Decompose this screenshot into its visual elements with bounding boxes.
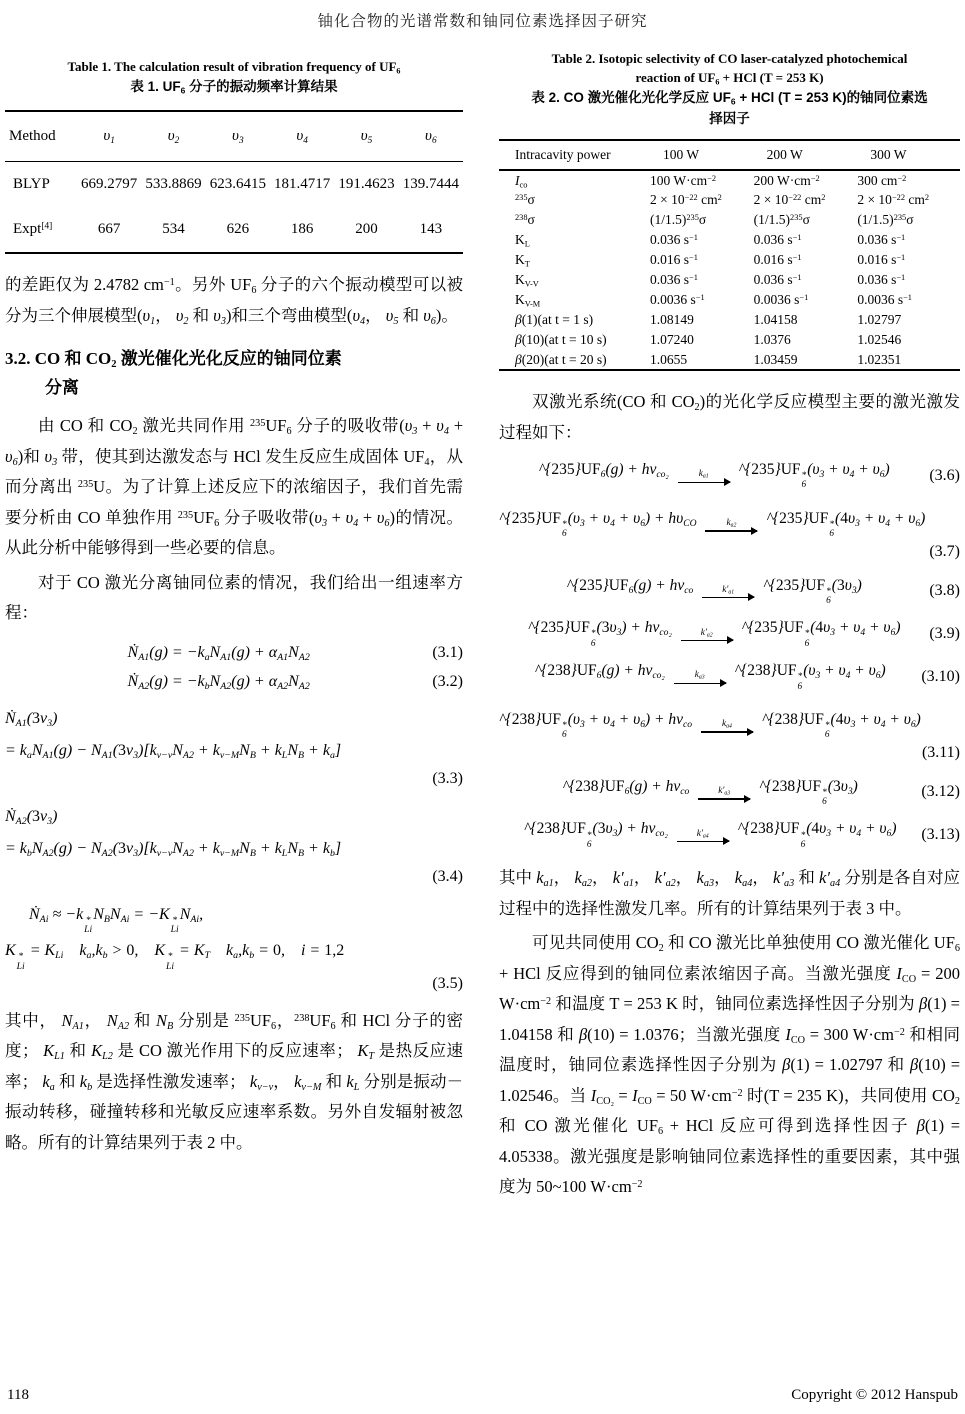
table-cell: 1.03459 — [753, 350, 857, 370]
table-cell: KV-V — [499, 270, 649, 290]
column-header: υ5 — [334, 111, 398, 161]
section-heading-line1: 3.2. CO 和 CO2 激光催化光化反应的铀同位素 — [5, 344, 463, 373]
equation-3-5: ṄAi ≈ −k*LiNBNAi = −K*LiNAi, K*Li = KLi … — [5, 899, 463, 996]
equation-3-8: ^{235}UF6(g) + hνco k′a1 ^{235}UF*6(3υ3)… — [499, 577, 960, 607]
equation-number: (3.7) — [499, 540, 960, 564]
table-cell: 0.0036 s−1 — [753, 290, 857, 310]
table2-caption-zh-line1: 表 2. CO 激光催化光化学反应 UF6 + HCl (T = 253 K)的… — [499, 87, 960, 108]
table-cell: 1.08149 — [649, 310, 753, 330]
table-row: KL0.036 s−10.036 s−10.036 s−1 — [499, 230, 960, 250]
table-row: β(20)(at t = 20 s)1.06551.034591.02351 — [499, 350, 960, 370]
equation-number: (3.13) — [921, 826, 960, 844]
table2-caption: Table 2. Isotopic selectivity of CO lase… — [499, 49, 960, 129]
equation-3-10: ^{238}UF6(g) + hνco₂ ka3 ^{238}UF*6(υ3 +… — [499, 662, 960, 692]
table-cell: 0.016 s−1 — [649, 250, 753, 270]
paragraph-rate-eq-intro: 对于 CO 激光分离铀同位素的情况，我们给出一组速率方程： — [5, 568, 463, 629]
paragraph-symbol-definitions: 其中， NA1， NA2 和 NB 分别是 235UF6，238UF6 和 HC… — [5, 1006, 463, 1159]
equation-formula-line: = kaNA1(g) − NA1(3ν3)[kv−vNA2 + kv−MNB +… — [5, 735, 463, 767]
paragraph-co-co2-intro: 由 CO 和 CO2 激光共同作用 235UF6 分子的吸收带(υ3 + υ4 … — [5, 411, 463, 564]
table-cell: 1.04158 — [753, 310, 857, 330]
equation-3-2: ṄA2(g) = −kbNA2(g) + αA2NA2 (3.2) — [5, 673, 463, 691]
table-cell: 0.0036 s−1 — [856, 290, 960, 310]
paragraph-results-discussion: 可见共同使用 CO2 和 CO 激光比单独使用 CO 激光催化 UF6 + HC… — [499, 928, 960, 1203]
table1-caption: Table 1. The calculation result of vibra… — [5, 57, 463, 97]
equation-number: (3.11) — [499, 741, 960, 765]
table2-caption-en-line2: reaction of UF6 + HCl (T = 253 K) — [499, 68, 960, 87]
table-cell: 200 W·cm−2 — [753, 170, 857, 190]
equation-3-3: ṄA1(3ν3) = kaNA1(g) − NA1(3ν3)[kv−vNA2 +… — [5, 703, 463, 791]
equation-number: (3.4) — [5, 865, 463, 889]
table-cell: (1/1.5)235σ — [649, 210, 753, 230]
table-cell: 0.036 s−1 — [753, 270, 857, 290]
equation-formula: ^{235}UF*6(υ3 + υ4 + υ6) + hυCO ka2 ^{23… — [499, 504, 960, 540]
table-row: KT0.016 s−10.016 s−10.016 s−1 — [499, 250, 960, 270]
equation-number: (3.6) — [929, 467, 960, 485]
equation-number: (3.12) — [921, 783, 960, 801]
equation-formula: ṄA1(g) = −kaNA1(g) + αA1NA2 — [5, 644, 432, 662]
table1-caption-zh: 表 1. UF6 分子的振动频率计算结果 — [5, 76, 463, 97]
two-column-layout: Table 1. The calculation result of vibra… — [0, 43, 965, 1203]
table-cell: (1/1.5)235σ — [856, 210, 960, 230]
table-cell: 1.02797 — [856, 310, 960, 330]
equation-formula: ^{238}UF6(g) + hνco₂ ka3 ^{238}UF*6(υ3 +… — [499, 662, 921, 692]
table-cell: 181.4717 — [270, 161, 334, 207]
equation-number: (3.3) — [5, 767, 463, 791]
reaction-arrow-icon: k′a2 — [681, 628, 733, 642]
table-cell: 0.036 s−1 — [856, 230, 960, 250]
reaction-arrow-icon: ka4 — [701, 719, 753, 733]
table2-isotopic-selectivity: Intracavity power100 W200 W300 WIco100 W… — [499, 139, 960, 371]
column-header: υ6 — [399, 111, 463, 161]
table-cell: 534 — [141, 207, 205, 253]
equation-formula: ^{238}UF*6(3υ3) + hνco₂ k′a4 ^{238}UF*6(… — [499, 820, 921, 850]
reaction-arrow-icon: k′a4 — [677, 829, 729, 843]
equation-3-13: ^{238}UF*6(3υ3) + hνco₂ k′a4 ^{238}UF*6(… — [499, 820, 960, 850]
table-cell: 1.02546 — [856, 330, 960, 350]
equation-3-12: ^{238}UF6(g) + hνco k′a3 ^{238}UF*6(3υ3)… — [499, 778, 960, 808]
section-heading-line2: 分离 — [5, 373, 463, 402]
equation-formula-line: ṄAi ≈ −k*LiNBNAi = −K*LiNAi, — [5, 899, 463, 936]
table-cell: (1/1.5)235σ — [753, 210, 857, 230]
table-row: BLYP669.2797533.8869623.6415181.4717191.… — [5, 161, 463, 207]
table-row: KV-M0.0036 s−10.0036 s−10.0036 s−1 — [499, 290, 960, 310]
equation-3-4: ṄA2(3ν3) = kbNA2(g) − NA2(3ν3)[kv−vNA2 +… — [5, 801, 463, 889]
column-header: υ3 — [206, 111, 270, 161]
table-cell: β(10)(at t = 10 s) — [499, 330, 649, 350]
table-cell: BLYP — [5, 161, 77, 207]
equation-3-9: ^{235}UF*6(3υ3) + hνco₂ k′a2 ^{235}UF*6(… — [499, 619, 960, 649]
table-cell: 238σ — [499, 210, 649, 230]
table-cell: 300 cm−2 — [856, 170, 960, 190]
table-cell: 100 W·cm−2 — [649, 170, 753, 190]
equation-formula-line: = kbNA2(g) − NA2(3ν3)[kv−vNA2 + kv−MNB +… — [5, 833, 463, 865]
reaction-arrow-icon: k′a3 — [698, 786, 750, 800]
equation-3-11: ^{238}UF*6(υ3 + υ4 + υ6) + hνco ka4 ^{23… — [499, 705, 960, 765]
table-cell: 2 × 10−22 cm2 — [753, 190, 857, 210]
table1-caption-en: Table 1. The calculation result of vibra… — [5, 57, 463, 76]
equation-number: (3.8) — [929, 582, 960, 600]
table-cell: 669.2797 — [77, 161, 141, 207]
table-cell: 0.0036 s−1 — [649, 290, 753, 310]
table-cell: 0.016 s−1 — [753, 250, 857, 270]
table-cell: 626 — [206, 207, 270, 253]
table-cell: KT — [499, 250, 649, 270]
table-cell: β(1)(at t = 1 s) — [499, 310, 649, 330]
table-cell: 139.7444 — [399, 161, 463, 207]
table-cell: 235σ — [499, 190, 649, 210]
table-row: 235σ2 × 10−22 cm22 × 10−22 cm22 × 10−22 … — [499, 190, 960, 210]
table-cell: 1.0655 — [649, 350, 753, 370]
column-header: υ1 — [77, 111, 141, 161]
table-row: 238σ(1/1.5)235σ(1/1.5)235σ(1/1.5)235σ — [499, 210, 960, 230]
table-cell: KL — [499, 230, 649, 250]
header-row: Methodυ1υ2υ3υ4υ5υ6 — [5, 111, 463, 161]
column-header: υ2 — [141, 111, 205, 161]
table-cell: Ico — [499, 170, 649, 190]
table-cell: 0.036 s−1 — [753, 230, 857, 250]
equation-number: (3.1) — [432, 644, 463, 662]
table-cell: 2 × 10−22 cm2 — [856, 190, 960, 210]
table-cell: 143 — [399, 207, 463, 253]
equation-3-1: ṄA1(g) = −kaNA1(g) + αA1NA2 (3.1) — [5, 644, 463, 662]
paragraph-dual-laser-intro: 双激光系统(CO 和 CO2)的光化学反应模型主要的激光激发过程如下： — [499, 387, 960, 448]
table-cell: 0.016 s−1 — [856, 250, 960, 270]
table-body: Ico100 W·cm−2200 W·cm−2300 cm−2235σ2 × 1… — [499, 170, 960, 370]
table-body: BLYP669.2797533.8869623.6415181.4717191.… — [5, 161, 463, 253]
table-cell: Expt[4] — [5, 207, 77, 253]
reaction-arrow-icon: ka1 — [678, 469, 730, 483]
reaction-arrow-icon: k′a1 — [702, 585, 754, 599]
table-row: Expt[4]667534626186200143 — [5, 207, 463, 253]
table2-caption-zh-line2: 择因子 — [499, 108, 960, 129]
paragraph-freq-discussion: 的差距仅为 2.4782 cm−1。另外 UF6 分子的六个振动模型可以被分为三… — [5, 270, 463, 331]
right-column: Table 2. Isotopic selectivity of CO lase… — [499, 43, 960, 1203]
table-cell: 533.8869 — [141, 161, 205, 207]
table-cell: 667 — [77, 207, 141, 253]
table-cell: β(20)(at t = 20 s) — [499, 350, 649, 370]
page-footer: 118 Copyright © 2012 Hanspub — [7, 1387, 958, 1404]
equation-3-7: ^{235}UF*6(υ3 + υ4 + υ6) + hυCO ka2 ^{23… — [499, 504, 960, 564]
left-column: Table 1. The calculation result of vibra… — [5, 43, 463, 1203]
running-title: 铀化合物的光谱常数和铀同位素选择因子研究 — [0, 0, 965, 31]
column-header: 300 W — [856, 140, 960, 170]
column-header: Intracavity power — [499, 140, 649, 170]
table-cell: 186 — [270, 207, 334, 253]
paragraph-probability-definitions: 其中 ka1， ka2， k′a1， k′a2， ka3， ka4， k′a3 … — [499, 863, 960, 924]
equation-formula-line: K*Li = KLi ka,kb > 0, K*Li = KT ka,kb = … — [5, 935, 463, 972]
table1-vibration-frequency: Methodυ1υ2υ3υ4υ5υ6BLYP669.2797533.886962… — [5, 110, 463, 254]
table2-caption-en-line1: Table 2. Isotopic selectivity of CO lase… — [499, 49, 960, 68]
equation-formula: ṄA2(g) = −kbNA2(g) + αA2NA2 — [5, 673, 432, 691]
equation-formula: ^{238}UF6(g) + hνco k′a3 ^{238}UF*6(3υ3) — [499, 778, 921, 808]
column-header: υ4 — [270, 111, 334, 161]
table-row: β(1)(at t = 1 s)1.081491.041581.02797 — [499, 310, 960, 330]
table-cell: 0.036 s−1 — [649, 270, 753, 290]
reaction-arrow-icon: ka2 — [705, 518, 757, 532]
equation-3-6: ^{235}UF6(g) + hνco₂ ka1 ^{235}UF*6(υ3 +… — [499, 461, 960, 491]
page: { "header": { "title": "铀化合物的光谱常数和铀同位素选择… — [0, 0, 965, 1414]
equation-formula: ^{238}UF*6(υ3 + υ4 + υ6) + hνco ka4 ^{23… — [499, 705, 960, 741]
table-row: Ico100 W·cm−2200 W·cm−2300 cm−2 — [499, 170, 960, 190]
table-cell: 191.4623 — [334, 161, 398, 207]
table-cell: 1.02351 — [856, 350, 960, 370]
table-cell: 1.0376 — [753, 330, 857, 350]
table-cell: 623.6415 — [206, 161, 270, 207]
equation-formula-line: ṄA1(3ν3) — [5, 703, 463, 735]
column-header: 200 W — [753, 140, 857, 170]
column-header: 100 W — [649, 140, 753, 170]
copyright: Copyright © 2012 Hanspub — [791, 1387, 958, 1404]
equation-formula: ^{235}UF6(g) + hνco k′a1 ^{235}UF*6(3υ3) — [499, 577, 929, 607]
table-cell: 0.036 s−1 — [856, 270, 960, 290]
table-row: KV-V0.036 s−10.036 s−10.036 s−1 — [499, 270, 960, 290]
table-cell: 1.07240 — [649, 330, 753, 350]
table-cell: KV-M — [499, 290, 649, 310]
reaction-arrow-icon: ka3 — [674, 670, 726, 684]
section-heading-3-2: 3.2. CO 和 CO2 激光催化光化反应的铀同位素 分离 — [5, 344, 463, 402]
table-cell: 0.036 s−1 — [649, 230, 753, 250]
equation-formula: ^{235}UF6(g) + hνco₂ ka1 ^{235}UF*6(υ3 +… — [499, 461, 929, 491]
table-cell: 200 — [334, 207, 398, 253]
table-cell: 2 × 10−22 cm2 — [649, 190, 753, 210]
equation-number: (3.2) — [432, 673, 463, 691]
equation-formula: ^{235}UF*6(3υ3) + hνco₂ k′a2 ^{235}UF*6(… — [499, 619, 929, 649]
column-header: Method — [5, 111, 77, 161]
header-row: Intracavity power100 W200 W300 W — [499, 140, 960, 170]
equation-formula-line: ṄA2(3ν3) — [5, 801, 463, 833]
page-number: 118 — [7, 1387, 29, 1404]
equation-number: (3.10) — [921, 668, 960, 686]
equation-number: (3.9) — [929, 625, 960, 643]
equation-number: (3.5) — [5, 972, 463, 996]
table-row: β(10)(at t = 10 s)1.072401.03761.02546 — [499, 330, 960, 350]
